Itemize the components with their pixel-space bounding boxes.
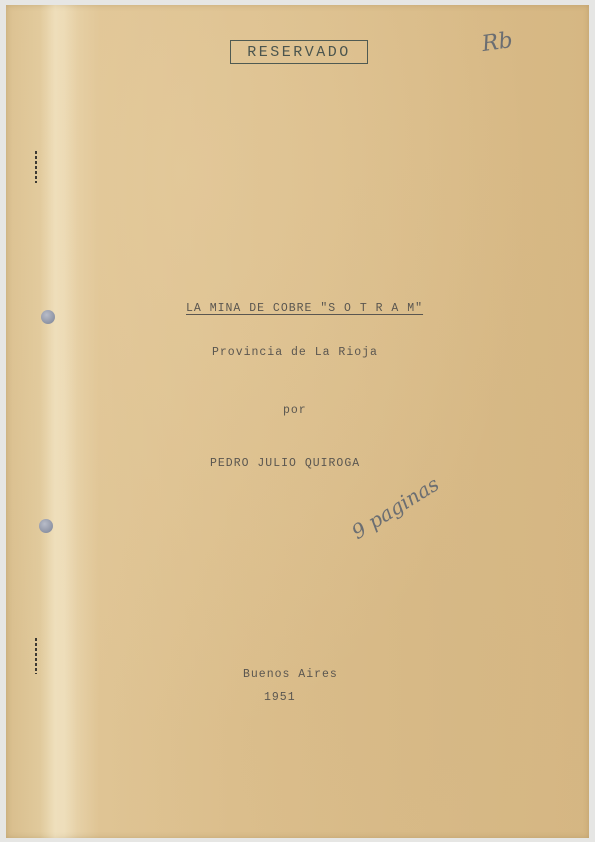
- document-subtitle: Provincia de La Rioja: [212, 346, 378, 359]
- document-page: [6, 5, 589, 838]
- document-title: LA MINA DE COBRE "S O T R A M": [186, 302, 423, 315]
- staple-mark-top: [35, 151, 37, 183]
- staple-mark-bottom: [35, 638, 37, 674]
- punch-hole-bottom: [39, 519, 53, 533]
- punch-hole-top: [41, 310, 55, 324]
- reservado-stamp: RESERVADO: [230, 40, 368, 64]
- publication-city: Buenos Aires: [243, 668, 338, 681]
- stamp-text: RESERVADO: [247, 44, 351, 61]
- author-name: PEDRO JULIO QUIROGA: [210, 457, 360, 470]
- publication-year: 1951: [264, 691, 296, 704]
- binding-fade-strip: [40, 5, 78, 838]
- handwritten-reference-text: Rb: [480, 28, 514, 57]
- by-label: por: [283, 404, 307, 417]
- handwritten-reference: Rb: [480, 28, 514, 57]
